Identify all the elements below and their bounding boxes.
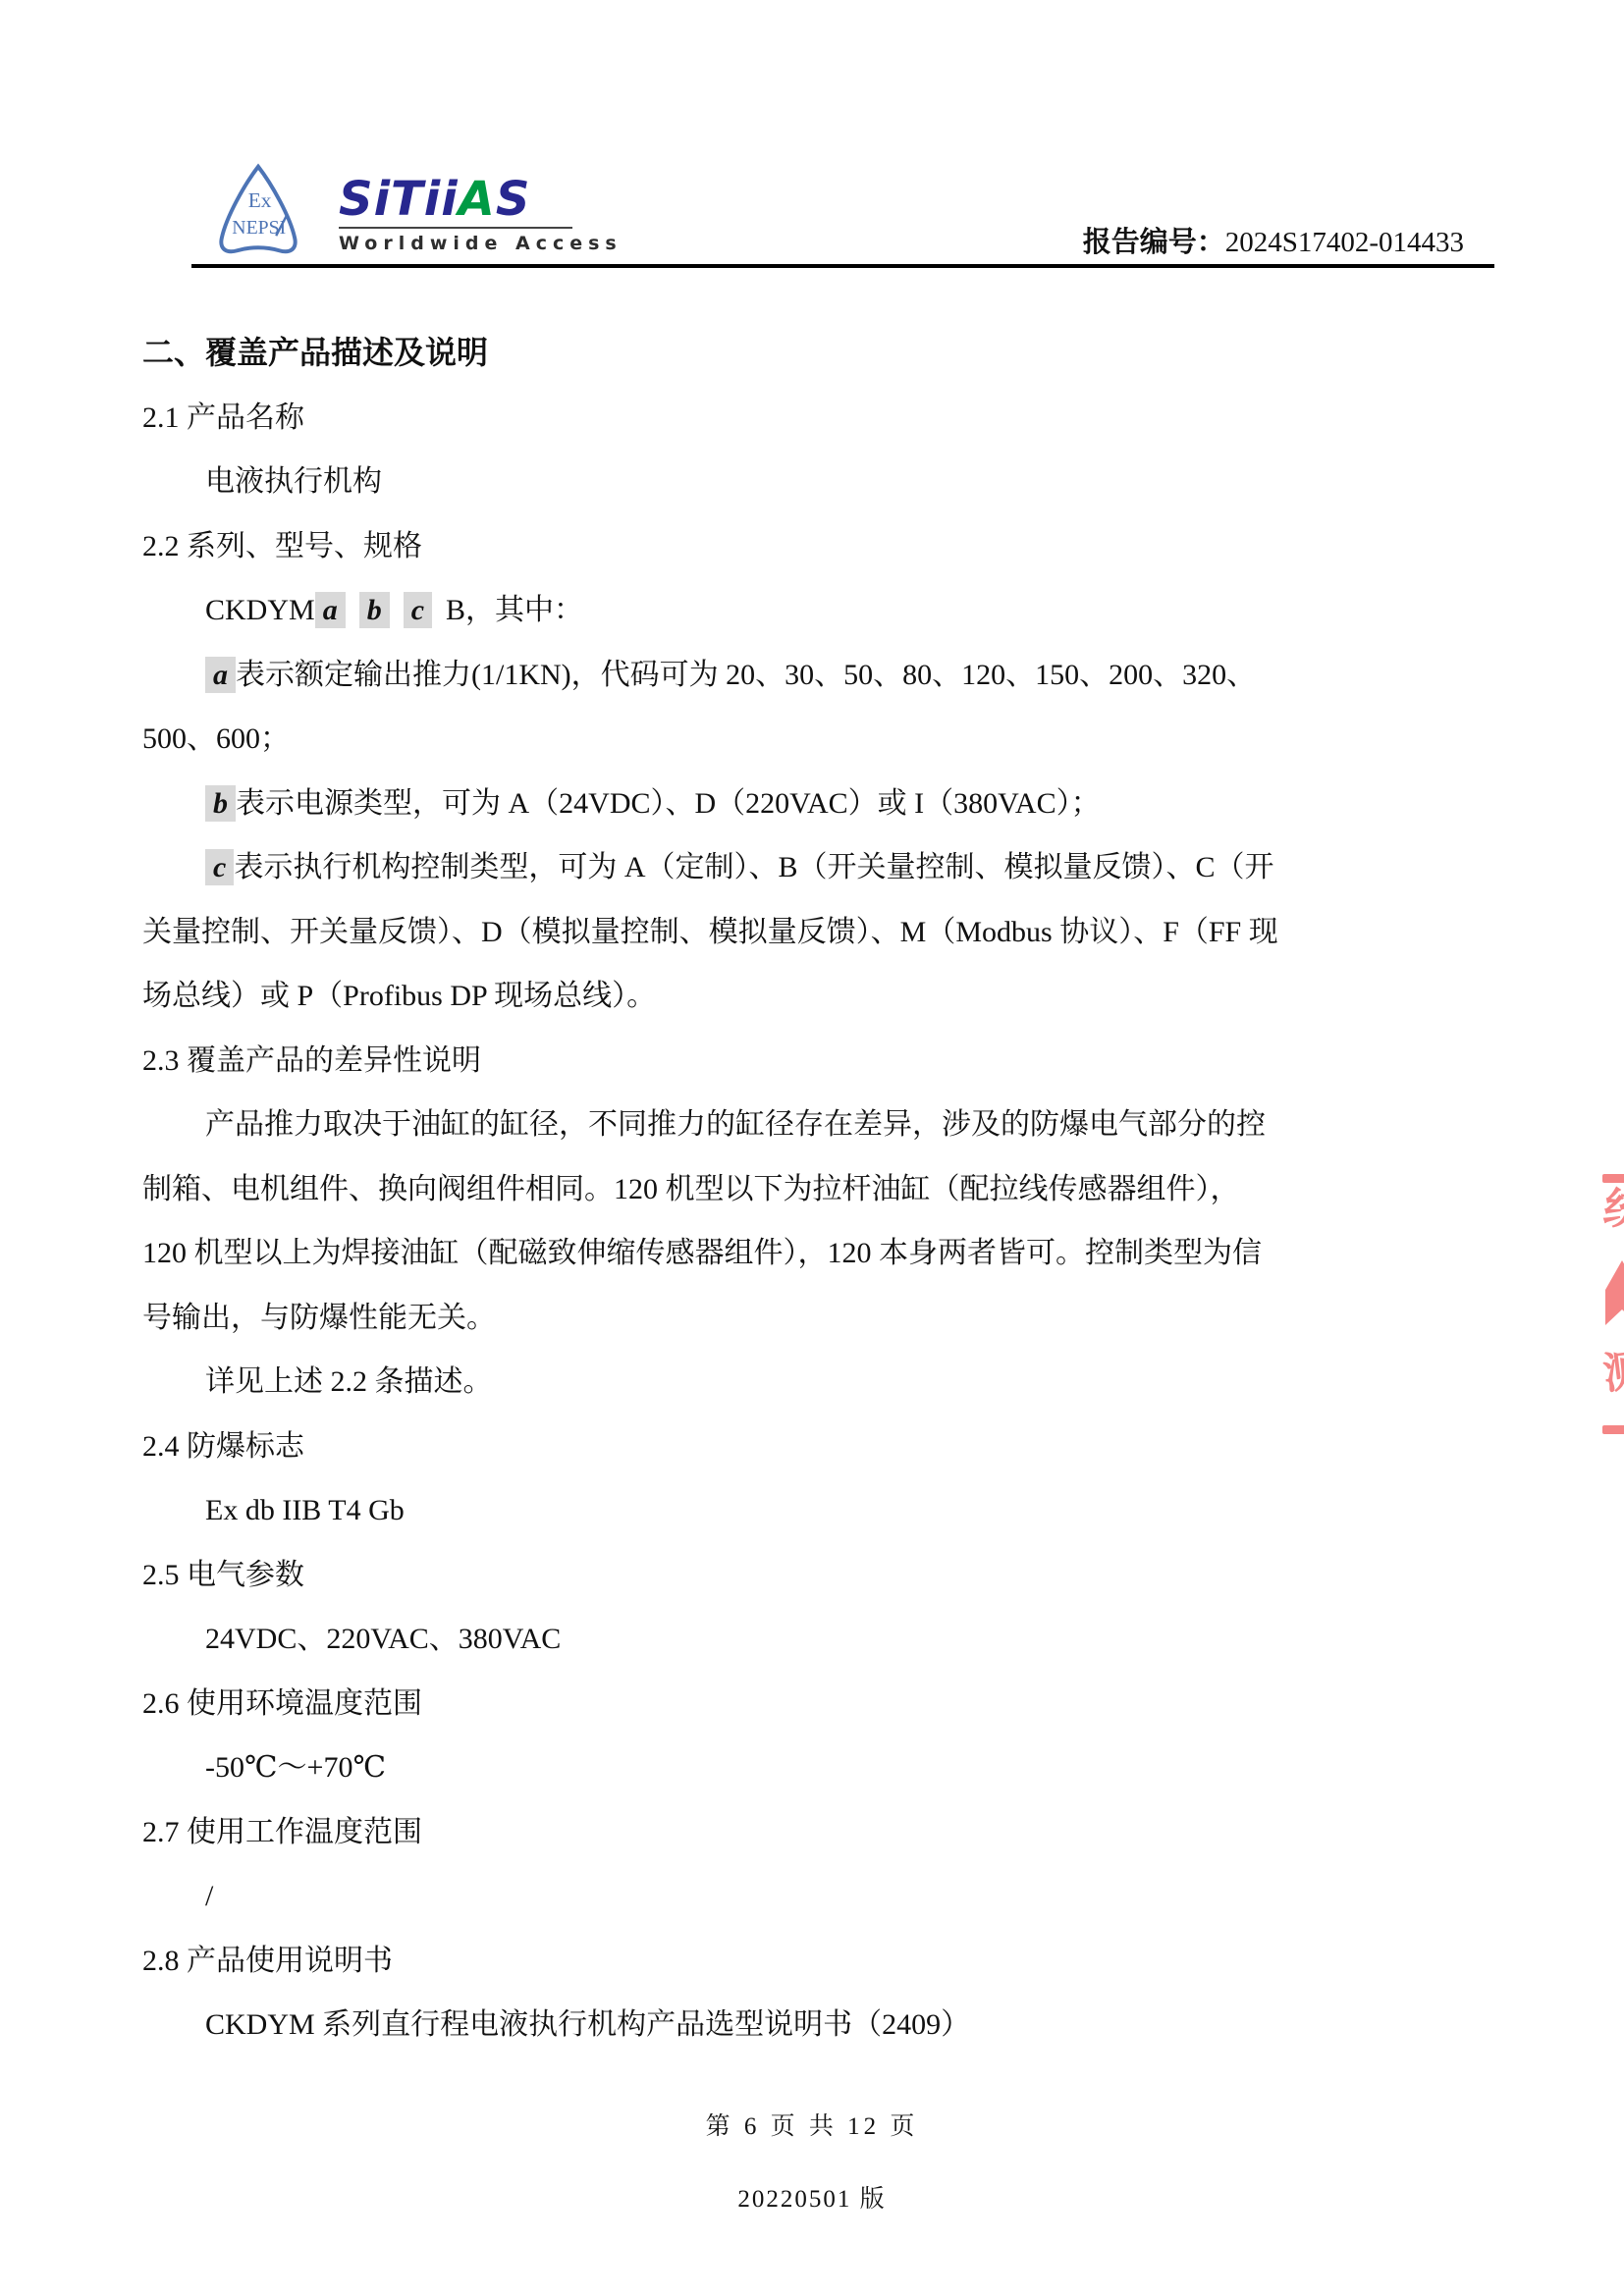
- sitiias-brand-block: SiTiiAS Worldwide Access: [339, 162, 623, 254]
- heading-2-2: 2.2 系列、型号、规格: [142, 514, 1497, 579]
- model-code-a: a: [315, 592, 346, 628]
- version-line: 20220501 版: [0, 2179, 1624, 2215]
- item-a-line: a表示额定输出推力(1/1KN)，代码可为 20、30、50、80、120、15…: [142, 643, 1497, 708]
- heading-2-8: 2.8 产品使用说明书: [142, 1929, 1497, 1994]
- certification-body-logo: Ex NEPSI SiTiiAS Worldwide Access: [209, 162, 623, 255]
- brand-left-text: SiTii: [339, 172, 459, 227]
- sitiias-wordmark: SiTiiAS: [339, 176, 623, 223]
- item-c-line: c表示执行机构控制类型，可为 A（定制）、B（开关量控制、模拟量反馈）、C（开: [142, 835, 1497, 900]
- paragraph-2-3-line-5: 详见上述 2.2 条描述。: [142, 1350, 1497, 1415]
- paragraph-2-3-line-4: 号输出，与防爆性能无关。: [142, 1286, 1497, 1351]
- seal-bar-top: [1602, 1174, 1624, 1183]
- heading-2-4: 2.4 防爆标志: [142, 1415, 1497, 1479]
- brand-underline: [339, 227, 572, 229]
- model-code-c: c: [404, 592, 432, 628]
- report-number-label: 报告编号：: [1083, 227, 1225, 258]
- item-c-continuation-1: 关量控制、开关量反馈）、D（模拟量控制、模拟量反馈）、M（Modbus 协议）、…: [142, 900, 1497, 965]
- model-suffix: B，其中：: [446, 594, 583, 626]
- heading-2-5: 2.5 电气参数: [142, 1543, 1497, 1608]
- page-number-line: 第 6 页 共 12 页: [0, 2107, 1624, 2142]
- seal-char-bottom: 测: [1600, 1348, 1624, 1397]
- item-c-text: 表示执行机构控制类型，可为 A（定制）、B（开关量控制、模拟量反馈）、C（开: [234, 851, 1273, 883]
- item-c-continuation-2: 场总线）或 P（Profibus DP 现场总线）。: [142, 964, 1497, 1029]
- section-title: 二、覆盖产品描述及说明: [142, 321, 1497, 386]
- seal-arrow-icon: [1602, 1260, 1624, 1325]
- document-body: 二、覆盖产品描述及说明 2.1 产品名称 电液执行机构 2.2 系列、型号、规格…: [142, 321, 1497, 2057]
- value-2-6: -50℃～+70℃: [142, 1735, 1497, 1800]
- nepsi-ex-triangle-icon: Ex NEPSI: [209, 162, 307, 255]
- item-c-code: c: [205, 849, 234, 885]
- item-b-line: b表示电源类型，可为 A（24VDC）、D（220VAC）或 I（380VAC）…: [142, 772, 1497, 836]
- value-2-4: Ex db IIB T4 Gb: [142, 1478, 1497, 1543]
- item-b-code: b: [205, 785, 236, 822]
- item-b-text: 表示电源类型，可为 A（24VDC）、D（220VAC）或 I（380VAC）；: [236, 787, 1101, 820]
- heading-2-7: 2.7 使用工作温度范围: [142, 1800, 1497, 1865]
- red-seal-fragment: 统 测: [1600, 1168, 1624, 1443]
- report-number-value: 2024S17402-014433: [1225, 227, 1464, 258]
- paragraph-2-3-line-1: 产品推力取决于油缸的缸径，不同推力的缸径存在差异，涉及的防爆电气部分的控: [142, 1093, 1497, 1157]
- heading-2-1: 2.1 产品名称: [142, 386, 1497, 451]
- model-code-b: b: [359, 592, 390, 628]
- value-2-5: 24VDC、220VAC、380VAC: [142, 1607, 1497, 1672]
- paragraph-2-3-line-2: 制箱、电机组件、换向阀组件相同。120 机型以下为拉杆油缸（配拉线传感器组件），: [142, 1157, 1497, 1222]
- seal-bar-bottom: [1602, 1425, 1624, 1434]
- model-prefix: CKDYM: [205, 594, 315, 626]
- value-2-1: 电液执行机构: [142, 450, 1497, 514]
- seal-char-top: 统: [1600, 1187, 1624, 1237]
- nepsi-ex-text: Ex: [248, 188, 272, 212]
- brand-s-letter: S: [496, 172, 531, 227]
- model-designation-line: CKDYMabcB，其中：: [142, 578, 1497, 643]
- value-2-8: CKDYM 系列直行程电液执行机构产品选型说明书（2409）: [142, 1993, 1497, 2057]
- report-page: Ex NEPSI SiTiiAS Worldwide Access 报告编号：2…: [0, 0, 1624, 2296]
- paragraph-2-3-line-3: 120 机型以上为焊接油缸（配磁致伸缩传感器组件），120 本身两者皆可。控制类…: [142, 1221, 1497, 1286]
- item-a-text: 表示额定输出推力(1/1KN)，代码可为 20、30、50、80、120、150…: [236, 659, 1256, 691]
- item-a-continuation: 500、600；: [142, 707, 1497, 772]
- heading-2-3: 2.3 覆盖产品的差异性说明: [142, 1029, 1497, 1094]
- brand-a-letter: A: [459, 172, 496, 227]
- report-number-line: 报告编号：2024S17402-014433: [1083, 220, 1464, 260]
- value-2-7: /: [142, 1864, 1497, 1929]
- brand-tagline: Worldwide Access: [339, 233, 623, 254]
- nepsi-name-text: NEPSI: [232, 217, 286, 239]
- item-a-code: a: [205, 657, 236, 693]
- header-divider: [191, 264, 1494, 268]
- heading-2-6: 2.6 使用环境温度范围: [142, 1672, 1497, 1736]
